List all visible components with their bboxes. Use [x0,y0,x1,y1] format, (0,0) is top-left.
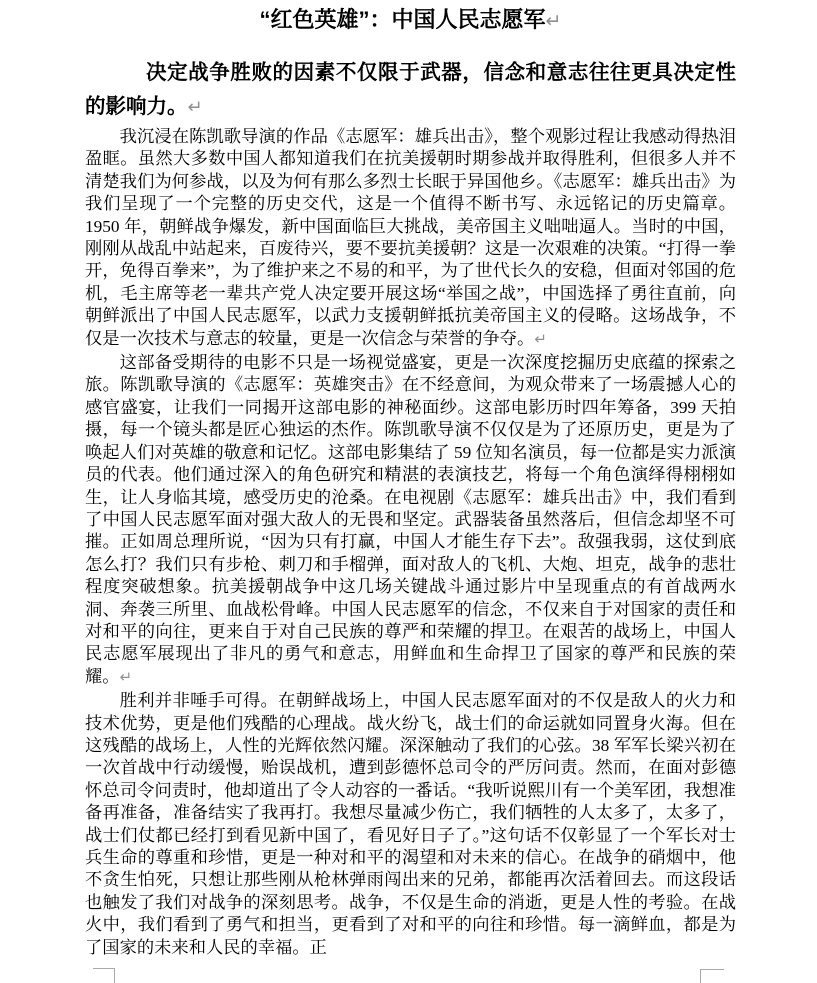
document-subtitle-text: 决定战争胜败的因素不仅限于武器，信念和意志往往更具决定性的影响力。 [85,61,736,118]
body-paragraph-3[interactable]: 胜利并非唾手可得。在朝鲜战场上，中国人民志愿军面对的不仅是敌人的火力和技术优势，… [85,690,736,959]
body-paragraph-1-text: 我沉浸在陈凯歌导演的作品《志愿军：雄兵出击》，整个观影过程让我感动得热泪盈眶。虽… [85,127,736,348]
body-paragraph-2-text: 这部备受期待的电影不只是一场视觉盛宴，更是一次深度挖掘历史底蕴的探索之旅。陈凯歌… [85,353,736,686]
document-title[interactable]: “红色英雄”：中国人民志愿军↵ [85,6,736,35]
paragraph-return-mark-icon: ↵ [534,330,547,348]
paragraph-return-mark-icon: ↵ [546,10,562,32]
paragraph-return-mark-icon: ↵ [188,97,203,118]
text-column: “红色英雄”：中国人民志愿军↵ 决定战争胜败的因素不仅限于武器，信念和意志往往更… [85,6,736,959]
page-text-boundary-mark-bottom-right [700,969,724,983]
paragraph-return-mark-icon: ↵ [120,668,133,686]
document-title-text: “红色英雄”：中国人民志愿军 [260,7,546,32]
page-text-boundary-mark-bottom-left [93,968,115,983]
body-paragraph-1[interactable]: 我沉浸在陈凯歌导演的作品《志愿军：雄兵出击》，整个观影过程让我感动得热泪盈眶。虽… [85,126,736,350]
document-subtitle[interactable]: 决定战争胜败的因素不仅限于武器，信念和意志往往更具决定性的影响力。↵ [85,56,736,124]
body-paragraph-3-text: 胜利并非唾手可得。在朝鲜战场上，中国人民志愿军面对的不仅是敌人的火力和技术优势，… [85,691,736,956]
body-paragraph-2[interactable]: 这部备受期待的电影不只是一场视觉盛宴，更是一次深度挖掘历史底蕴的探索之旅。陈凯歌… [85,352,736,688]
document-page: “红色英雄”：中国人民志愿军↵ 决定战争胜败的因素不仅限于武器，信念和意志往往更… [0,0,817,983]
